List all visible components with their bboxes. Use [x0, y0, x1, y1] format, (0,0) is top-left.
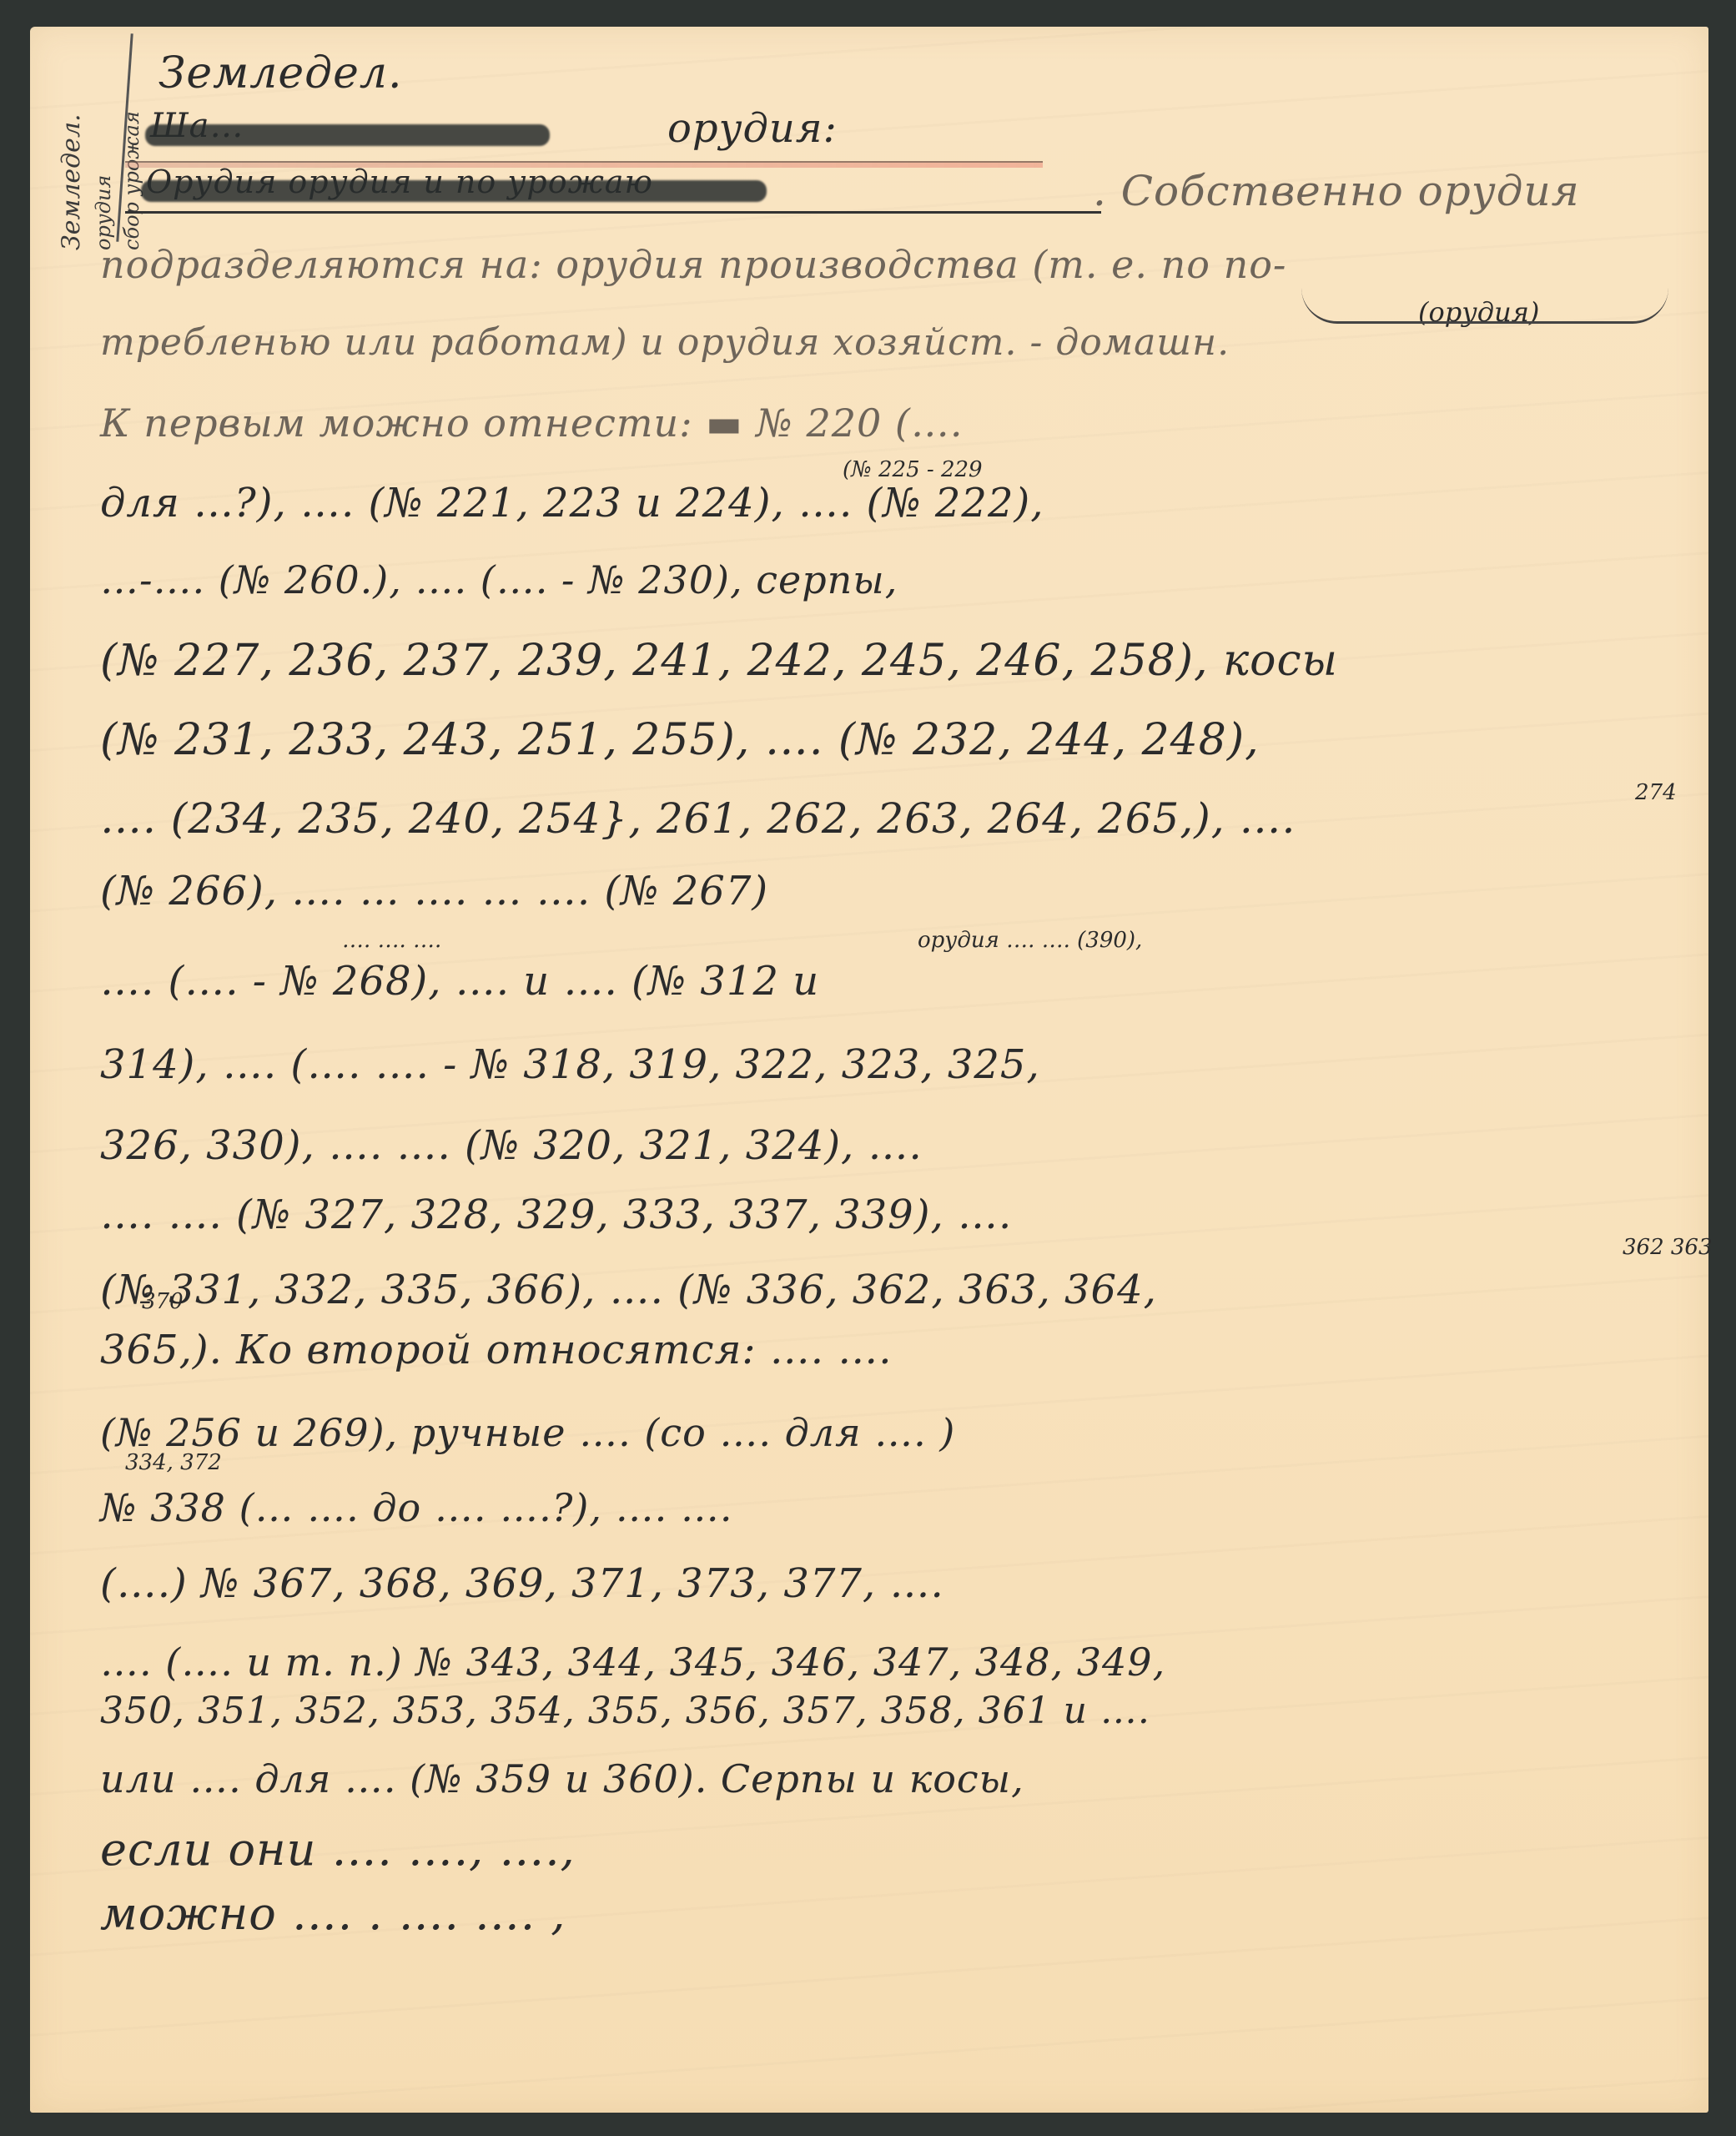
text-line: . Собственно орудия	[1093, 167, 1580, 215]
struck-text: Орудия орудия и по урожаю	[146, 164, 762, 200]
text-line: 314), …. (…. …. - № 318, 319, 322, 323, …	[100, 1041, 1040, 1088]
text-line: 365,). Ко второй относятся: …. ….	[100, 1327, 893, 1373]
annotation-above: орудия …. …. (390),	[918, 928, 1142, 953]
margin-note: Земле­дел. орудия сбор урожая	[40, 50, 165, 250]
text-line: № 338 (… …. до …. ….?), …. ….	[100, 1485, 732, 1530]
insertion-brace	[1301, 288, 1668, 324]
heading-underline	[125, 211, 1101, 214]
text-line: (№ 256 и 269), ручные …. (со …. для …. )	[100, 1410, 955, 1455]
annotation-above: …. …. ….	[342, 928, 441, 953]
annotation-above: (№ 225 - 229	[843, 457, 983, 482]
text-line: для …?), …. (№ 221, 223 и 224), …. (№ 22…	[100, 480, 1044, 526]
margin-note-line: орудия	[92, 175, 115, 250]
text-line: …. (…. и т. п.) № 343, 344, 345, 346, 34…	[100, 1640, 1165, 1685]
text-line: …-…. (№ 260.), …. (…. - № 230), серпы,	[100, 557, 898, 602]
text-line: требленью или работам) и орудия хозяйст.…	[100, 321, 1230, 364]
text-line: …. …. (№ 327, 328, 329, 333, 337, 339), …	[100, 1191, 1012, 1238]
text-line: если они …. …., ….,	[100, 1823, 576, 1876]
page-title: Земледел.	[159, 48, 403, 98]
annotation-above: 274	[1635, 780, 1677, 805]
text-line: 326, 330), …. …. (№ 320, 321, 324), ….	[100, 1122, 923, 1169]
annotation-above: 362 363	[1623, 1235, 1713, 1260]
inserted-word: орудия:	[667, 105, 838, 152]
struck-heading-1: Ша…	[150, 107, 545, 145]
annotation-above: 370	[142, 1289, 184, 1314]
text-line: (№ 227, 236, 237, 239, 241, 242, 245, 24…	[100, 636, 1338, 686]
text-line: (№ 331, 332, 335, 366), …. (№ 336, 362, …	[100, 1267, 1157, 1313]
annotation-above: 334, 372	[125, 1450, 222, 1475]
text-line: можно …. . …. …. ,	[100, 1887, 566, 1940]
text-line: или …. для …. (№ 359 и 360). Серпы и кос…	[100, 1756, 1024, 1801]
text-line: подразделяются на: орудия производства (…	[100, 242, 1286, 287]
text-line: (….) № 367, 368, 369, 371, 373, 377, ….	[100, 1560, 944, 1607]
text-line: (№ 266), …. … …. … …. (№ 267)	[100, 868, 768, 914]
struck-text: Ша…	[150, 107, 545, 145]
text-line: (№ 231, 233, 243, 251, 255), …. (№ 232, …	[100, 715, 1260, 765]
text-line: …. (…. - № 268), …. и …. (№ 312 и	[100, 958, 819, 1005]
struck-heading-2: Орудия орудия и по урожаю	[146, 164, 762, 200]
margin-note-line: Земле­дел.	[57, 113, 86, 250]
text-line: …. (234, 235, 240, 254}, 261, 262, 263, …	[100, 794, 1296, 843]
text-line: 350, 351, 352, 353, 354, 355, 356, 357, …	[100, 1690, 1150, 1732]
text-line: К первым можно отнести: ▬ № 220 (….	[100, 400, 963, 446]
